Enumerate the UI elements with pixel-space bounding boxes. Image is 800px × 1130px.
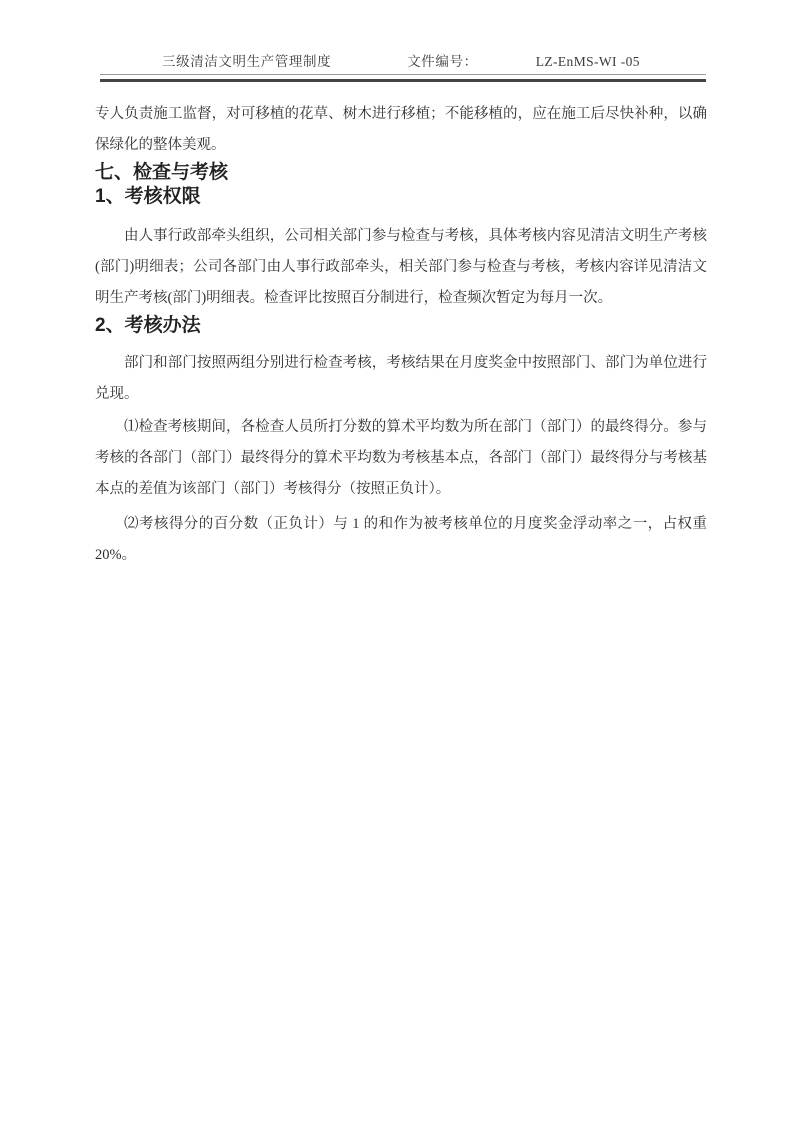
intro-paragraph: 专人负责施工监督，对可移植的花草、树木进行移植；不能移植的，应在施工后尽快补种，… xyxy=(95,99,707,161)
subheading-assessment-authority: 1、考核权限 xyxy=(95,185,707,209)
page-header: 三级清洁文明生产管理制度 文件编号： LZ-EnMS-WI -05 xyxy=(100,50,706,82)
assessment-method-paragraph-1: 部门和部门按照两组分别进行检查考核，考核结果在月度奖金中按照部门、部门为单位进行… xyxy=(95,348,707,410)
header-divider-rule xyxy=(100,74,706,82)
doc-number-value: LZ-EnMS-WI -05 xyxy=(536,54,640,70)
section-heading-inspection-assessment: 七、检查与考核 xyxy=(95,161,707,185)
subheading-assessment-method: 2、考核办法 xyxy=(95,314,707,338)
assessment-method-paragraph-2: ⑴检查考核期间，各检查人员所打分数的算术平均数为所在部门（部门）的最终得分。参与… xyxy=(95,412,707,505)
assessment-method-paragraph-3: ⑵考核得分的百分数（正负计）与 1 的和作为被考核单位的月度奖金浮动率之一，占权… xyxy=(95,509,707,571)
document-page: 三级清洁文明生产管理制度 文件编号： LZ-EnMS-WI -05 专人负责施工… xyxy=(0,0,800,1130)
document-title: 三级清洁文明生产管理制度 xyxy=(162,50,331,70)
page-header-row: 三级清洁文明生产管理制度 文件编号： LZ-EnMS-WI -05 xyxy=(100,50,706,70)
assessment-authority-paragraph: 由人事行政部牵头组织，公司相关部门参与检查与考核，具体考核内容见清洁文明生产考核… xyxy=(95,221,707,314)
doc-number-label: 文件编号： xyxy=(407,50,478,70)
document-body: 专人负责施工监督，对可移植的花草、树木进行移植；不能移植的，应在施工后尽快补种，… xyxy=(95,99,707,571)
